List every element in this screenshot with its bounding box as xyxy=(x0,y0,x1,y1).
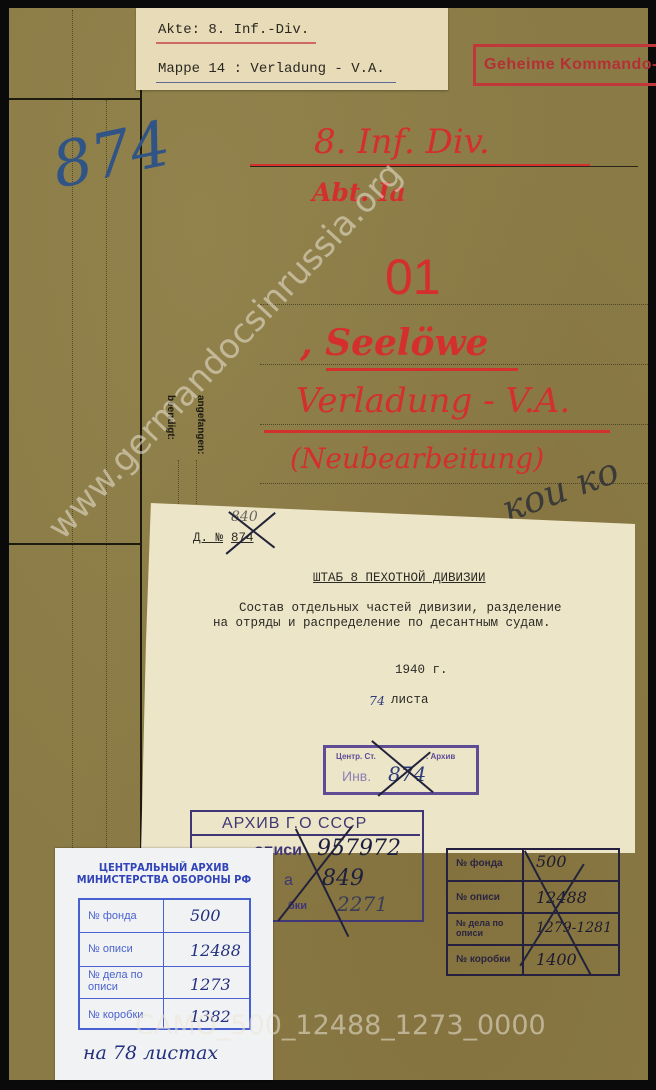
operation-underline xyxy=(326,368,518,371)
archive-ussr-row2-label: а xyxy=(284,872,293,890)
unit-heading: ШТАБ 8 ПЕХОТНОЙ ДИВИЗИИ xyxy=(313,571,486,585)
field-dotted-line xyxy=(196,460,197,510)
printed-rule xyxy=(250,166,638,167)
revision-note: (Neubearbeitung) xyxy=(290,442,544,475)
operation-name: , Seelöwe xyxy=(300,322,488,364)
old-table-value: 500 xyxy=(536,852,567,871)
camo-table-row: № описи 12488 xyxy=(80,932,249,965)
department-label: Abt. Ia xyxy=(312,178,406,207)
subject-title: Verladung - V.A. xyxy=(296,381,570,421)
cover-left-border xyxy=(140,90,142,850)
inventory-stamp-top-right: . Архив xyxy=(426,752,455,761)
russian-archive-slip: 840 Д. № 874 ШТАБ 8 ПЕХОТНОЙ ДИВИЗИИ Сос… xyxy=(141,503,635,853)
old-table-key: № дела по описи xyxy=(456,918,516,938)
archive-ussr-row2-value: 849 xyxy=(322,866,364,891)
camo-table-value: 500 xyxy=(190,906,221,925)
field-ended-label: beendigt: xyxy=(165,395,176,440)
camo-table-key: № фонда xyxy=(88,910,137,922)
subject-underline xyxy=(264,430,610,433)
camo-table-row: № фонда 500 xyxy=(80,900,249,932)
old-table-value: 1400 xyxy=(536,950,577,969)
camo-table: № фонда 500 № описи 12488 № дела по опис… xyxy=(78,898,251,1030)
field-started-label: angefangen: xyxy=(195,395,206,454)
sheets-label: листа xyxy=(391,693,429,707)
description-line2: на отряды и распределение по десантным с… xyxy=(213,616,551,630)
old-table-key: № коробки xyxy=(456,954,510,965)
old-table-row: № описи 12488 xyxy=(448,880,618,882)
writing-line xyxy=(260,304,648,305)
file-number-label: Д. № xyxy=(193,531,223,545)
camo-sheets-note: на 78 листах xyxy=(83,1042,218,1064)
cover-mid-rule xyxy=(9,543,142,545)
file-number: 01 xyxy=(385,248,441,306)
camo-table-row: № коробки 1382 xyxy=(80,998,249,1029)
writing-line xyxy=(260,424,648,425)
division-title: 8. Inf. Div. xyxy=(314,122,490,162)
year: 1940 г. xyxy=(395,663,448,677)
camo-table-key: № коробки xyxy=(88,1009,143,1021)
sheets-count: 74 xyxy=(369,693,385,708)
inventory-stamp-top-left: Центр. Ст. xyxy=(336,752,376,761)
description-line1: Состав отдельных частей дивизии, разделе… xyxy=(239,601,562,615)
camo-title-line2: МИНИСТЕРСТВА ОБОРОНЫ РФ xyxy=(55,874,273,886)
old-table-row: № дела по описи 1279-1281 xyxy=(448,912,618,914)
old-table-key: № фонда xyxy=(456,858,503,869)
camo-table-value: 12488 xyxy=(190,941,241,960)
blue-underline xyxy=(156,82,396,83)
old-table-key: № описи xyxy=(456,892,500,903)
writing-line xyxy=(260,364,648,365)
secret-stamp: Geheime Kommando-S xyxy=(473,44,656,86)
camo-table-value: 1273 xyxy=(190,975,231,994)
camo-archive-slip: ЦЕНТРАЛЬНЫЙ АРХИВ МИНИСТЕРСТВА ОБОРОНЫ Р… xyxy=(55,848,273,1080)
archive-ussr-row1-value: 957972 xyxy=(317,836,401,861)
camo-table-value: 1382 xyxy=(190,1007,231,1026)
cover-top-rule xyxy=(9,98,142,100)
archive-ussr-title: АРХИВ Г.О СССР xyxy=(222,815,367,833)
folder-label-slip: Akte: 8. Inf.-Div. Mappe 14 : Verladung … xyxy=(136,8,448,90)
inventory-label: Инв. xyxy=(342,768,371,784)
red-underline xyxy=(156,42,316,44)
camo-table-key: № описи xyxy=(88,943,133,955)
folder-label-line2: Mappe 14 : Verladung - V.A. xyxy=(158,61,385,77)
field-dotted-line xyxy=(178,460,179,510)
camo-table-row: № дела по описи 1273 xyxy=(80,966,249,999)
camo-table-key: № дела по описи xyxy=(88,969,158,993)
archive-ussr-row3-value: 2271 xyxy=(337,892,388,916)
folder-label-line1: Akte: 8. Inf.-Div. xyxy=(158,22,309,38)
inventory-stamp: Центр. Ст. . Архив Инв. 874 xyxy=(323,745,479,795)
